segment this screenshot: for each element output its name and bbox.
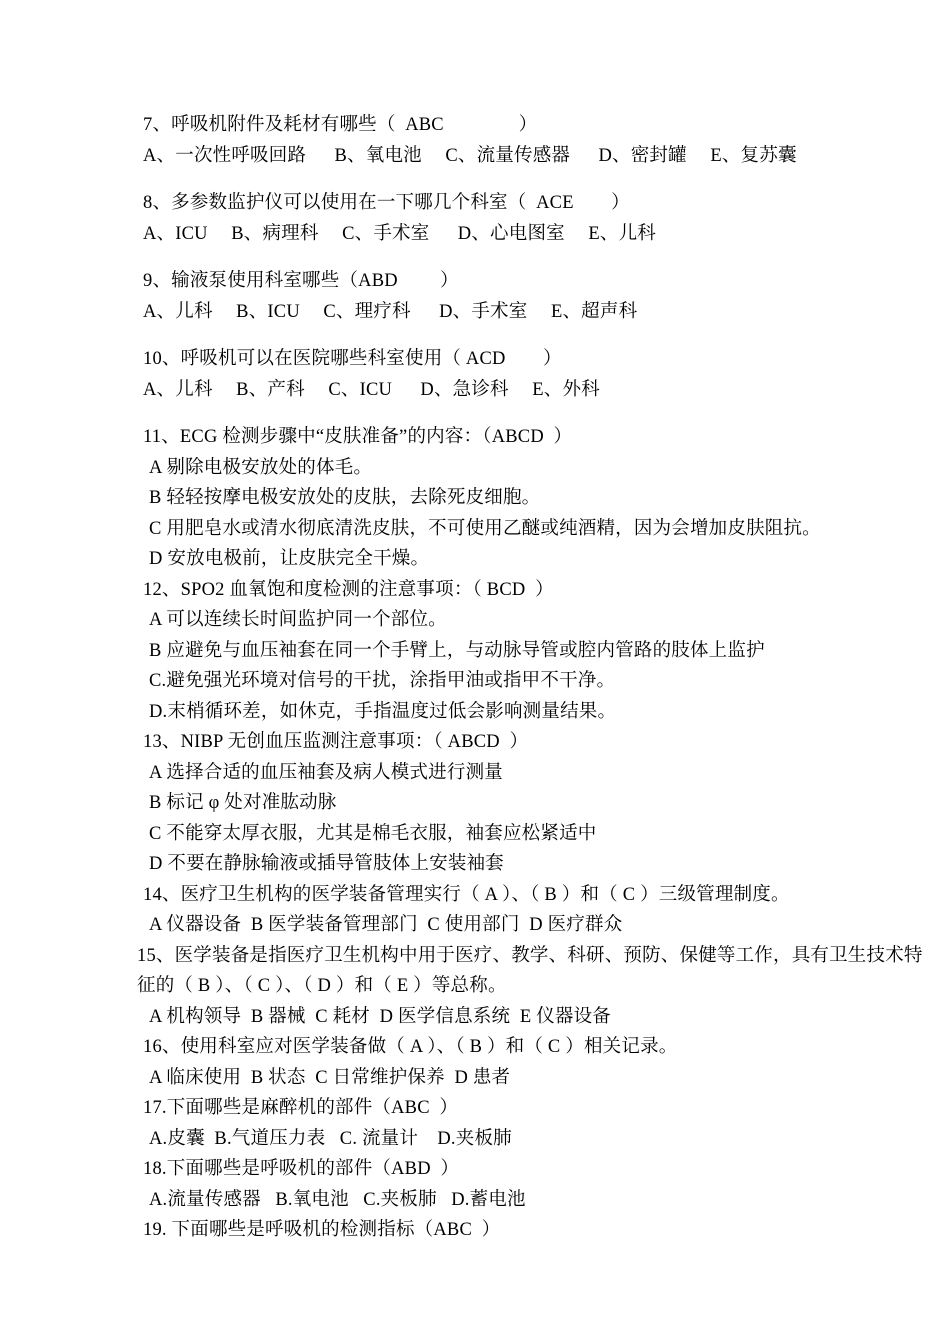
question-13: 13、NIBP 无创血压监测注意事项：（ ABCD ） A 选择合适的血压袖套及… xyxy=(143,727,895,880)
quiz-content: 7、呼吸机附件及耗材有哪些（ ABC ） A、一次性呼吸回路 B、氧电池 C、流… xyxy=(0,0,950,1246)
option-line: A、一次性呼吸回路 B、氧电池 C、流量传感器 D、密封罐 E、复苏囊 xyxy=(143,141,895,172)
question-stem-continued: 征的（ B ）、（ C ）、（ D ）和（ E ）等总称。 xyxy=(137,971,895,1002)
question-8: 8、多参数监护仪可以使用在一下哪几个科室（ ACE ） A、ICU B、病理科 … xyxy=(143,188,895,249)
option-line: C 不能穿太厚衣服，尤其是棉毛衣服，袖套应松紧适中 xyxy=(143,819,895,850)
question-stem: 12、SPO2 血氧饱和度检测的注意事项：（ BCD ） xyxy=(143,575,895,606)
question-10: 10、呼吸机可以在医院哪些科室使用（ ACD ） A、儿科 B、产科 C、ICU… xyxy=(143,344,895,405)
option-line: A 机构领导 B 器械 C 耗材 D 医学信息系统 E 仪器设备 xyxy=(143,1002,895,1033)
question-18: 18.下面哪些是呼吸机的部件（ABD ） A.流量传感器 B.氧电池 C.夹板肺… xyxy=(143,1154,895,1215)
option-line: A 临床使用 B 状态 C 日常维护保养 D 患者 xyxy=(143,1063,895,1094)
question-stem: 9、输液泵使用科室哪些（ABD ） xyxy=(143,266,895,297)
question-stem: 16、使用科室应对医学装备做（ A ）、（ B ）和（ C ）相关记录。 xyxy=(143,1032,895,1063)
question-15: 15、医学装备是指医疗卫生机构中用于医疗、教学、科研、预防、保健等工作，具有卫生… xyxy=(143,941,895,1033)
option-line: B 应避免与血压袖套在同一个手臂上，与动脉导管或腔内管路的肢体上监护 xyxy=(143,636,895,667)
question-stem: 11、ECG 检测步骤中“皮肤准备”的内容：（ABCD ） xyxy=(143,422,895,453)
option-line: A 可以连续长时间监护同一个部位。 xyxy=(143,605,895,636)
document-page: 7、呼吸机附件及耗材有哪些（ ABC ） A、一次性呼吸回路 B、氧电池 C、流… xyxy=(0,0,950,1344)
question-stem: 14、医疗卫生机构的医学装备管理实行（ A ）、（ B ）和（ C ）三级管理制… xyxy=(143,880,895,911)
question-stem: 19. 下面哪些是呼吸机的检测指标（ABC ） xyxy=(143,1215,895,1246)
option-line: C 用肥皂水或清水彻底清洗皮肤，不可使用乙醚或纯酒精，因为会增加皮肤阻抗。 xyxy=(143,514,895,545)
question-stem: 10、呼吸机可以在医院哪些科室使用（ ACD ） xyxy=(143,344,895,375)
question-stem: 7、呼吸机附件及耗材有哪些（ ABC ） xyxy=(143,110,895,141)
question-12: 12、SPO2 血氧饱和度检测的注意事项：（ BCD ） A 可以连续长时间监护… xyxy=(143,575,895,728)
option-line: A.流量传感器 B.氧电池 C.夹板肺 D.蓄电池 xyxy=(143,1185,895,1216)
question-14: 14、医疗卫生机构的医学装备管理实行（ A ）、（ B ）和（ C ）三级管理制… xyxy=(143,880,895,941)
option-line: C.避免强光环境对信号的干扰，涂指甲油或指甲不干净。 xyxy=(143,666,895,697)
question-stem: 17.下面哪些是麻醉机的部件（ABC ） xyxy=(143,1093,895,1124)
option-line: A 选择合适的血压袖套及病人模式进行测量 xyxy=(143,758,895,789)
question-stem: 18.下面哪些是呼吸机的部件（ABD ） xyxy=(143,1154,895,1185)
option-line: A、儿科 B、ICU C、理疗科 D、手术室 E、超声科 xyxy=(143,297,895,328)
option-line: B 标记 φ 处对准肱动脉 xyxy=(143,788,895,819)
option-line: D 安放电极前，让皮肤完全干燥。 xyxy=(143,544,895,575)
question-17: 17.下面哪些是麻醉机的部件（ABC ） A.皮囊 B.气道压力表 C. 流量计… xyxy=(143,1093,895,1154)
option-line: A 剔除电极安放处的体毛。 xyxy=(143,453,895,484)
question-stem: 13、NIBP 无创血压监测注意事项：（ ABCD ） xyxy=(143,727,895,758)
option-line: A.皮囊 B.气道压力表 C. 流量计 D.夹板肺 xyxy=(143,1124,895,1155)
question-19: 19. 下面哪些是呼吸机的检测指标（ABC ） xyxy=(143,1215,895,1246)
question-7: 7、呼吸机附件及耗材有哪些（ ABC ） A、一次性呼吸回路 B、氧电池 C、流… xyxy=(143,110,895,171)
option-line: A 仪器设备 B 医学装备管理部门 C 使用部门 D 医疗群众 xyxy=(143,910,895,941)
question-stem: 15、医学装备是指医疗卫生机构中用于医疗、教学、科研、预防、保健等工作，具有卫生… xyxy=(137,941,895,972)
question-11: 11、ECG 检测步骤中“皮肤准备”的内容：（ABCD ） A 剔除电极安放处的… xyxy=(143,422,895,575)
option-line: D.末梢循环差，如休克，手指温度过低会影响测量结果。 xyxy=(143,697,895,728)
option-line: A、ICU B、病理科 C、手术室 D、心电图室 E、儿科 xyxy=(143,219,895,250)
question-16: 16、使用科室应对医学装备做（ A ）、（ B ）和（ C ）相关记录。 A 临… xyxy=(143,1032,895,1093)
question-9: 9、输液泵使用科室哪些（ABD ） A、儿科 B、ICU C、理疗科 D、手术室… xyxy=(143,266,895,327)
option-line: D 不要在静脉输液或插导管肢体上安装袖套 xyxy=(143,849,895,880)
question-stem: 8、多参数监护仪可以使用在一下哪几个科室（ ACE ） xyxy=(143,188,895,219)
option-line: B 轻轻按摩电极安放处的皮肤，去除死皮细胞。 xyxy=(143,483,895,514)
option-line: A、儿科 B、产科 C、ICU D、急诊科 E、外科 xyxy=(143,375,895,406)
